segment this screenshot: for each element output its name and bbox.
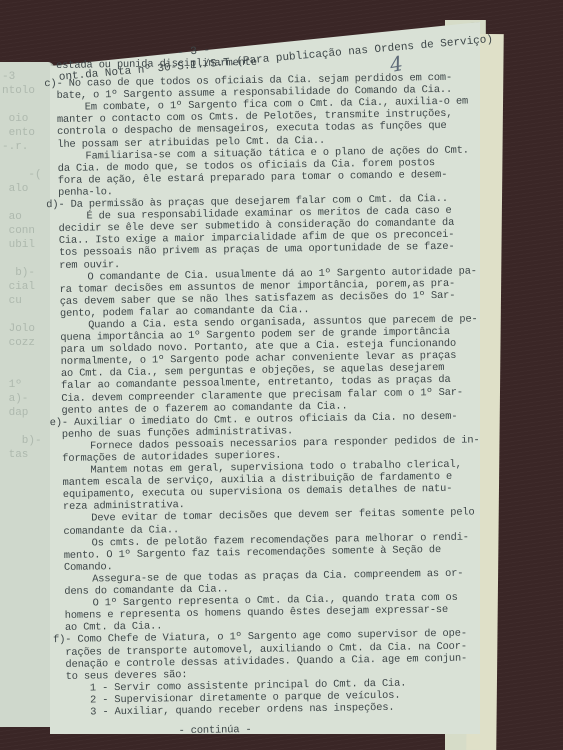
continuation-note: - continúa -	[66, 721, 478, 740]
left-page-faded-text: -3 ntolo oio ento -.r. -( alo ao conn ub…	[0, 62, 52, 462]
left-facing-page: -3 ntolo oio ento -.r. -( alo ao conn ub…	[0, 62, 54, 727]
document-body: estada ou punida disciplinarmente c)- No…	[56, 54, 479, 740]
